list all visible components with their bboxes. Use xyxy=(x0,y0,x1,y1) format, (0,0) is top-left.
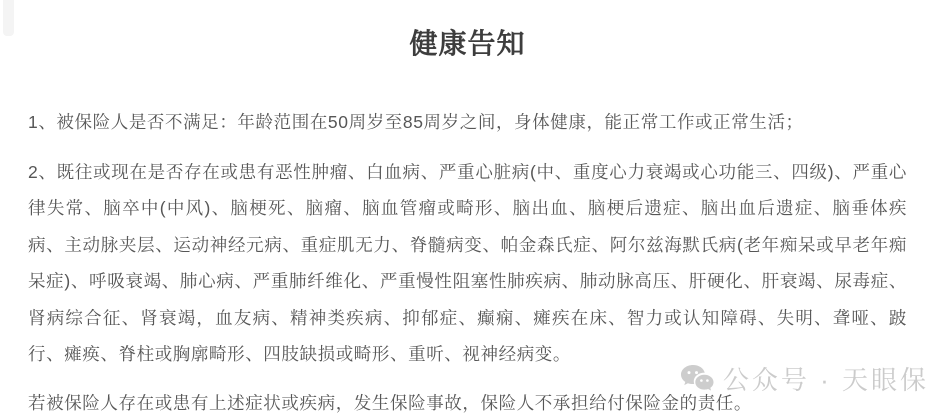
health-notice-clause-1: 1、被保险人是否不满足：年龄范围在50周岁至85周岁之间，身体健康，能正常工作或… xyxy=(28,104,907,141)
page-title: 健康告知 xyxy=(0,0,935,62)
disclaimer-paragraph: 若被保险人存在或患有上述症状或疾病，发生保险事故，保险人不承担给付保险金的责任。 xyxy=(28,385,907,413)
notice-body: 1、被保险人是否不满足：年龄范围在50周岁至85周岁之间，身体健康，能正常工作或… xyxy=(28,104,907,413)
page-edge-artifact xyxy=(3,0,14,36)
health-notice-page: 健康告知 1、被保险人是否不满足：年龄范围在50周岁至85周岁之间，身体健康，能… xyxy=(0,0,935,413)
health-notice-clause-2: 2、既往或现在是否存在或患有恶性肿瘤、白血病、严重心脏病(中、重度心力衰竭或心功… xyxy=(28,154,907,373)
